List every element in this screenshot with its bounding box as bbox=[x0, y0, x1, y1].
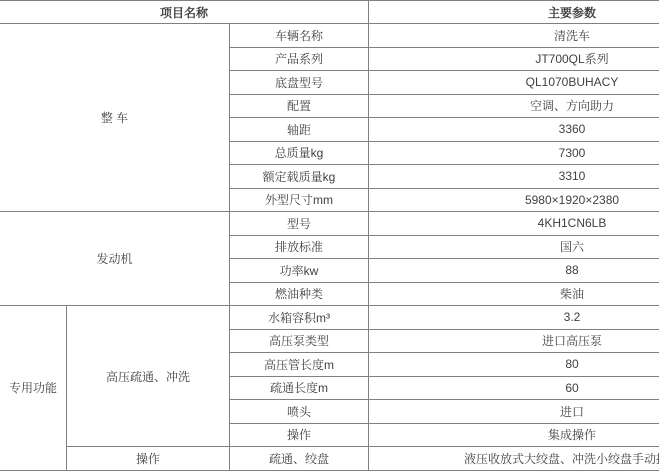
header-main-params: 主要参数 bbox=[369, 1, 659, 24]
param-value: 进口高压泵 bbox=[369, 329, 659, 353]
param-label: 外型尺寸mm bbox=[230, 188, 369, 212]
param-value: 3360 bbox=[369, 118, 659, 142]
param-value: 空调、方向助力 bbox=[369, 94, 659, 118]
group-cell-engine: 发动机 bbox=[0, 212, 230, 306]
table-header-row: 项目名称 主要参数 bbox=[0, 1, 659, 24]
param-label: 高压泵类型 bbox=[230, 329, 369, 353]
param-label: 疏通、绞盘 bbox=[230, 447, 369, 471]
param-value: 国六 bbox=[369, 235, 659, 259]
param-label: 排放标准 bbox=[230, 235, 369, 259]
param-label: 轴距 bbox=[230, 118, 369, 142]
table-row: 专用功能 高压疏通、冲洗 水箱容积m³ 3.2 bbox=[0, 306, 659, 330]
param-value: 3.2 bbox=[369, 306, 659, 330]
spec-sheet-page: 项目名称 主要参数 整 车 车辆名称 清洗车 产品系列 JT700QL系列 底盘… bbox=[0, 0, 659, 475]
table-row: 操作 疏通、绞盘 液压收放式大绞盘、冲洗小绞盘手动控制 bbox=[0, 447, 659, 471]
table-row: 发动机 型号 4KH1CN6LB bbox=[0, 212, 659, 236]
param-value: 液压收放式大绞盘、冲洗小绞盘手动控制 bbox=[369, 447, 659, 471]
subgroup-cell-high-pressure-flush: 高压疏通、冲洗 bbox=[67, 306, 230, 447]
param-value: 4KH1CN6LB bbox=[369, 212, 659, 236]
param-value: 88 bbox=[369, 259, 659, 283]
table-row: 整 车 车辆名称 清洗车 bbox=[0, 24, 659, 48]
param-label: 喷头 bbox=[230, 400, 369, 424]
param-value: 进口 bbox=[369, 400, 659, 424]
header-item-name: 项目名称 bbox=[0, 1, 369, 24]
subgroup-cell-operation: 操作 bbox=[67, 447, 230, 471]
param-value: 3310 bbox=[369, 165, 659, 189]
param-label: 型号 bbox=[230, 212, 369, 236]
param-value: JT700QL系列 bbox=[369, 47, 659, 71]
group-cell-whole-vehicle: 整 车 bbox=[0, 24, 230, 212]
param-label: 水箱容积m³ bbox=[230, 306, 369, 330]
param-label: 高压管长度m bbox=[230, 353, 369, 377]
param-label: 操作 bbox=[230, 423, 369, 447]
group-cell-special-function: 专用功能 bbox=[0, 306, 67, 471]
param-label: 总质量kg bbox=[230, 141, 369, 165]
param-label: 燃油种类 bbox=[230, 282, 369, 306]
param-label: 疏通长度m bbox=[230, 376, 369, 400]
param-value: 60 bbox=[369, 376, 659, 400]
param-value: 柴油 bbox=[369, 282, 659, 306]
param-label: 配置 bbox=[230, 94, 369, 118]
param-value: QL1070BUHACY bbox=[369, 71, 659, 95]
param-value: 清洗车 bbox=[369, 24, 659, 48]
spec-table: 项目名称 主要参数 整 车 车辆名称 清洗车 产品系列 JT700QL系列 底盘… bbox=[0, 0, 659, 471]
param-label: 产品系列 bbox=[230, 47, 369, 71]
param-label: 功率kw bbox=[230, 259, 369, 283]
param-label: 额定载质量kg bbox=[230, 165, 369, 189]
param-label: 底盘型号 bbox=[230, 71, 369, 95]
param-value: 7300 bbox=[369, 141, 659, 165]
param-value: 集成操作 bbox=[369, 423, 659, 447]
param-label: 车辆名称 bbox=[230, 24, 369, 48]
param-value: 5980×1920×2380 bbox=[369, 188, 659, 212]
param-value: 80 bbox=[369, 353, 659, 377]
